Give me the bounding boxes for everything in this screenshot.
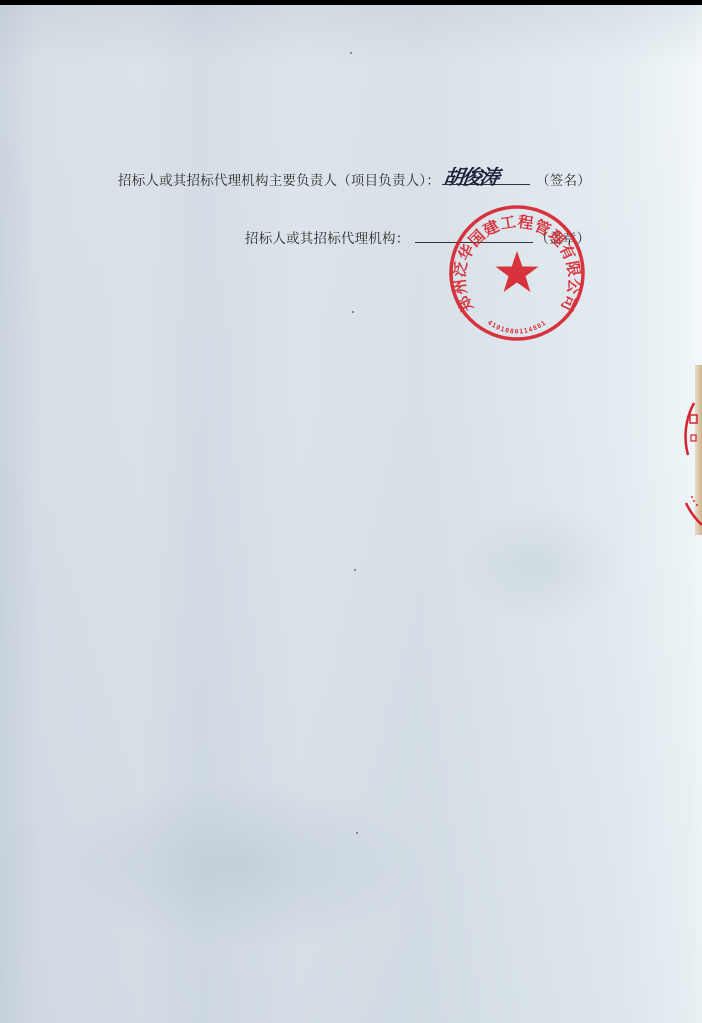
company-seal-stamp: 郑州泛华国建工程管理有限公司 4101080114881 [447, 203, 587, 343]
handwritten-signature: 胡俊涛 [442, 161, 500, 190]
scanned-page: 招标人或其招标代理机构主要负责人（项目负责人）：胡俊涛（签名） 招标人或其招标代… [0, 5, 702, 1023]
signature-suffix: （签名） [536, 173, 591, 189]
signature-field: 胡俊涛 [442, 169, 530, 185]
star-icon [496, 251, 539, 292]
paper-speck [356, 832, 358, 834]
responsible-person-label: 招标人或其招标代理机构主要负责人（项目负责人）： [118, 173, 440, 189]
paper-speck [352, 311, 354, 313]
paper-speck [354, 569, 356, 571]
partial-seal-on-edge [680, 385, 702, 535]
agency-label: 招标人或其招标代理机构： [245, 231, 409, 247]
paper-speck [350, 52, 352, 54]
seal-number: 4101080114881 [486, 318, 548, 335]
responsible-person-signature-line: 招标人或其招标代理机构主要负责人（项目负责人）：胡俊涛（签名） [118, 169, 591, 189]
